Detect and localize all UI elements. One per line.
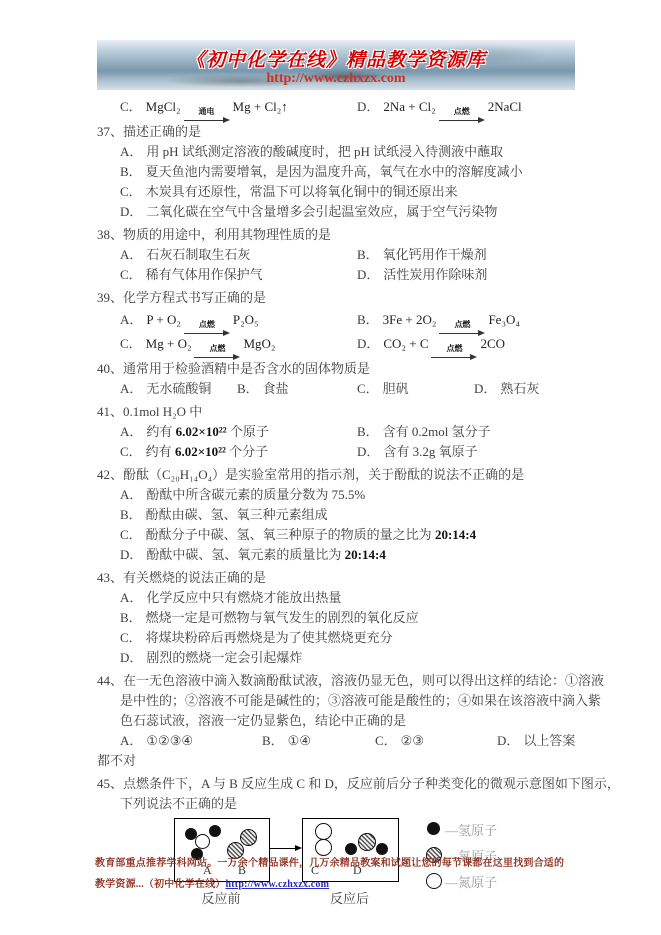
option-b: B．氧化钙用作干燥剂 [357, 245, 487, 265]
question-number: 44、 [97, 673, 123, 688]
question-stem-text: 0.1mol H₂O 中 [123, 404, 202, 419]
equation-lhs: 2Na + Cl₂ [383, 99, 435, 114]
option-c: C．胆矾 [357, 379, 409, 399]
option-label: D． [120, 547, 142, 562]
option-label: B． [357, 312, 379, 327]
banner-title: 《初中化学在线》精品教学资源库 [97, 45, 575, 72]
option-d: D．以上答案 [497, 731, 575, 751]
option-text: 活性炭用作除味剂 [383, 267, 487, 282]
option-label: A． [120, 144, 142, 159]
option-d: D．2Na + Cl₂点燃2NaCl [357, 95, 522, 124]
watermark-line2: 教学资源...（初中化学在线）http://www.czhxzx.com [95, 875, 329, 890]
reaction-arrow: 点燃 [194, 345, 240, 361]
option-label: A． [120, 733, 142, 748]
question-42: 42、酚酞（C₂₀H₁₄O₄）是实验室常用的指示剂，关于酚酞的说法不正确的是 A… [97, 465, 575, 565]
reaction-arrow: 点燃 [439, 108, 485, 124]
option-label: C． [120, 630, 142, 645]
option-label: D． [120, 204, 142, 219]
question-number: 43、 [97, 570, 123, 585]
option-label: B． [357, 424, 379, 439]
option-c: C．Mg + O₂点燃MgO₂ [120, 332, 275, 361]
option-label: C． [120, 184, 142, 199]
equation-rhs: 2CO [480, 336, 505, 351]
option-a: A．石灰石制取生石灰 [120, 245, 250, 265]
question-number: 40、 [97, 361, 123, 376]
options-row: C．Mg + O₂点燃MgO₂ D．CO₂ + C点燃2CO [97, 332, 575, 356]
option-bold-value: 6.02×10²² [175, 444, 226, 459]
equation-lhs: 3Fe + 2O₂ [383, 312, 437, 327]
option-label: C． [375, 733, 397, 748]
option-text: 木炭具有还原性，常温下可以将氧化铜中的铜还原出来 [146, 184, 458, 199]
question-stem-text: 描述正确的是 [123, 124, 201, 139]
equation-lhs: CO₂ + C [383, 336, 428, 351]
option-d: D．二氧化碳在空气中含量增多会引起温室效应，属于空气污染物 [97, 202, 575, 222]
option-b: B．夏天鱼池内需要增氧，是因为温度升高，氧气在水中的溶解度减小 [97, 162, 575, 182]
question-number: 37、 [97, 124, 123, 139]
options-row: A．石灰石制取生石灰 B．氧化钙用作干燥剂 [97, 245, 575, 265]
question-stem-text: 通常用于检验酒精中是否含水的固体物质是 [123, 361, 370, 376]
option-label: A． [120, 487, 142, 502]
equation-rhs: 2NaCl [488, 99, 522, 114]
option-label: A． [120, 312, 142, 327]
question-number: 39、 [97, 290, 123, 305]
black-circle-icon [425, 820, 445, 838]
legend-text: —氮原子 [445, 872, 497, 891]
option-bold-value: 20:14:4 [345, 547, 386, 562]
banner-url: http://www.czhxzx.com [97, 71, 575, 87]
after-reaction-label: 反应后 [302, 888, 397, 907]
question-stem-text: 在一无色溶液中滴入数滴酚酞试液，溶液仍显无色，则可以得出这样的结论：①溶液 [123, 673, 604, 688]
oxygen-atom-icon [240, 829, 257, 846]
option-b: B．①④ [262, 731, 311, 751]
watermark-line1: 教育部重点推荐学科网站。一万余个精品课件，几万余精品教案和试题让您的每节课都在这… [95, 854, 564, 869]
watermark-text: 教学资源...（初中化学在线） [95, 879, 226, 890]
reaction-arrow: 通电 [184, 108, 230, 124]
option-d: D．酚酞中碳、氢、氧元素的质量比为 20:14:4 [97, 545, 575, 565]
reaction-arrow: 点燃 [431, 345, 477, 361]
options-row: C．稀有气体用作保护气 D．活性炭用作除味剂 [97, 265, 575, 285]
question-36-options: C．MgCl₂通电Mg + Cl₂↑ D．2Na + Cl₂点燃2NaCl [97, 95, 575, 119]
legend-nitrogen: —氮原子 [425, 872, 497, 890]
question-stem-text: 有关燃烧的说法正确的是 [123, 570, 266, 585]
equation-lhs: Mg + O₂ [146, 336, 192, 351]
option-label: B． [120, 507, 142, 522]
option-label: C． [120, 99, 142, 114]
arrow-icon [431, 353, 477, 361]
option-text: ①②③④ [146, 733, 193, 748]
question-44: 44、在一无色溶液中滴入数滴酚酞试液，溶液仍显无色，则可以得出这样的结论：①溶液… [97, 671, 575, 771]
option-label: C． [120, 444, 142, 459]
option-text: 含有 3.2g 氧原子 [383, 444, 477, 459]
option-text: 酚酞分子中碳、氢、氧三种原子的物质的量之比为 [146, 527, 435, 542]
question-stem: 42、酚酞（C₂₀H₁₄O₄）是实验室常用的指示剂，关于酚酞的说法不正确的是 [97, 465, 575, 485]
option-label: D． [120, 650, 142, 665]
question-number: 38、 [97, 227, 123, 242]
option-text: 酚酞中所含碳元素的质量分数为 75.5% [146, 487, 365, 502]
option-bold-value: 20:14:4 [435, 527, 476, 542]
equation-lhs: MgCl₂ [146, 99, 181, 114]
option-text: 氧化钙用作干燥剂 [383, 247, 487, 262]
option-text: 夏天鱼池内需要增氧，是因为温度升高，氧气在水中的溶解度减小 [146, 164, 523, 179]
option-c: C．MgCl₂通电Mg + Cl₂↑ [120, 95, 288, 124]
option-label: A． [120, 247, 142, 262]
option-label: A． [120, 381, 142, 396]
question-stem-text: 点燃条件下，A 与 B 反应生成 C 和 D，反应前后分子种类变化的微观示意图如… [123, 776, 620, 791]
question-37: 37、描述正确的是 A．用 pH 试纸测定溶液的酸碱度时，把 pH 试纸浸入待测… [97, 122, 575, 222]
option-label: C． [357, 381, 379, 396]
equation-lhs: P + O₂ [146, 312, 181, 327]
option-text: 无水硫酸铜 [146, 381, 211, 396]
options-row: A．约有 6.02×10²² 个原子 B．含有 0.2mol 氢分子 [97, 422, 575, 442]
before-reaction-label: 反应前 [174, 888, 268, 907]
option-c: C．木炭具有还原性，常温下可以将氧化铜中的铜还原出来 [97, 182, 575, 202]
option-d: D．含有 3.2g 氧原子 [357, 442, 478, 462]
option-text: 二氧化碳在空气中含量增多会引起温室效应，属于空气污染物 [146, 204, 497, 219]
question-stem-line1: 45、点燃条件下，A 与 B 反应生成 C 和 D，反应前后分子种类变化的微观示… [97, 774, 575, 794]
option-label: D． [474, 381, 496, 396]
option-text: 酚酞中碳、氢、氧元素的质量比为 [146, 547, 344, 562]
hydrogen-atom-icon [209, 825, 221, 837]
option-d: D．熟石灰 [474, 379, 539, 399]
option-bold-value: 6.02×10²² [176, 424, 227, 439]
option-d-overflow: 都不对 [97, 751, 575, 771]
option-d: D．活性炭用作除味剂 [357, 265, 487, 285]
legend-text: —氢原子 [445, 820, 497, 839]
option-label: C． [120, 336, 142, 351]
question-number: 42、 [97, 467, 123, 482]
equation-rhs: Fe₃O₄ [488, 312, 519, 327]
reaction-arrow-icon [270, 844, 302, 852]
question-43: 43、有关燃烧的说法正确的是 A．化学反应中只有燃烧才能放出热量 B．燃烧一定是… [97, 568, 575, 668]
nitrogen-atom-icon [315, 823, 332, 840]
options-row: A．①②③④ B．①④ C．②③ D．以上答案 [97, 731, 575, 751]
option-a: A．①②③④ [120, 731, 193, 751]
option-text: 酚酞由碳、氢、氧三种元素组成 [146, 507, 328, 522]
watermark-link[interactable]: http://www.czhxzx.com [226, 879, 330, 890]
option-text: 稀有气体用作保护气 [146, 267, 263, 282]
option-label: D． [357, 444, 379, 459]
question-stem: 38、物质的用途中，利用其物理性质的是 [97, 225, 575, 245]
options-row: A．P + O₂点燃P₂O₅ B．3Fe + 2O₂点燃Fe₃O₄ [97, 308, 575, 332]
option-text: 剧烈的燃烧一定会引起爆炸 [146, 650, 302, 665]
reaction-condition: 通电 [199, 108, 215, 116]
option-text: ②③ [401, 733, 424, 748]
question-stem-text: 化学方程式书写正确的是 [123, 290, 266, 305]
white-circle-icon [425, 872, 445, 890]
option-text: 含有 0.2mol 氢分子 [383, 424, 491, 439]
option-label: B． [237, 381, 259, 396]
question-stem-line2: 是中性的；②溶液不可能是碱性的；③溶液可能是酸性的；④如果在该溶液中滴入紫 [97, 691, 575, 711]
question-number: 45、 [97, 776, 123, 791]
question-stem-text: 酚酞（C₂₀H₁₄O₄）是实验室常用的指示剂，关于酚酞的说法不正确的是 [123, 467, 524, 482]
arrow-icon [184, 116, 230, 124]
option-c: C．稀有气体用作保护气 [120, 265, 263, 285]
question-38: 38、物质的用途中，利用其物理性质的是 A．石灰石制取生石灰 B．氧化钙用作干燥… [97, 225, 575, 285]
option-text: 用 pH 试纸测定溶液的酸碱度时，把 pH 试纸浸入待测液中蘸取 [146, 144, 503, 159]
after-reaction-box: C D [302, 818, 399, 882]
question-40: 40、通常用于检验酒精中是否含水的固体物质是 A．无水硫酸铜 B．食盐 C．胆矾… [97, 359, 575, 399]
option-text: 化学反应中只有燃烧才能放出热量 [146, 590, 341, 605]
option-label: C． [120, 267, 142, 282]
option-b: B．食盐 [237, 379, 289, 399]
option-label: A． [120, 424, 142, 439]
option-label: D． [497, 733, 519, 748]
question-number: 41、 [97, 404, 123, 419]
question-39: 39、化学方程式书写正确的是 A．P + O₂点燃P₂O₅ B．3Fe + 2O… [97, 288, 575, 356]
question-45: 45、点燃条件下，A 与 B 反应生成 C 和 D，反应前后分子种类变化的微观示… [97, 774, 575, 814]
options-row: C．约有 6.02×10²² 个分子 D．含有 3.2g 氧原子 [97, 442, 575, 462]
option-a: A．酚酞中所含碳元素的质量分数为 75.5% [97, 485, 575, 505]
option-label: B． [120, 610, 142, 625]
question-stem: 41、0.1mol H₂O 中 [97, 402, 575, 422]
option-a: A．用 pH 试纸测定溶液的酸碱度时，把 pH 试纸浸入待测液中蘸取 [97, 142, 575, 162]
equation-rhs: P₂O₅ [233, 312, 259, 327]
option-label: D． [357, 267, 379, 282]
option-a: A．化学反应中只有燃烧才能放出热量 [97, 588, 575, 608]
reaction-condition: 点燃 [454, 108, 470, 116]
option-a: A．约有 6.02×10²² 个原子 [120, 422, 269, 442]
option-label: B． [357, 247, 379, 262]
option-label: D． [357, 99, 379, 114]
question-stem-line3: 色石蕊试液，溶液一定仍显紫色，结论中正确的是 [97, 711, 575, 731]
option-label: B． [262, 733, 284, 748]
option-d: D．剧烈的燃烧一定会引起爆炸 [97, 648, 575, 668]
nitrogen-atom-icon [195, 834, 210, 849]
option-c: C．约有 6.02×10²² 个分子 [120, 442, 268, 462]
option-c: C．②③ [375, 731, 424, 751]
option-text: 约有 [146, 424, 175, 439]
option-d: D．CO₂ + C点燃2CO [357, 332, 505, 361]
option-text: 将煤块粉碎后再燃烧是为了使其燃烧更充分 [146, 630, 393, 645]
reaction-condition: 点燃 [454, 321, 470, 329]
reaction-condition: 点燃 [446, 345, 462, 353]
options-row: A．无水硫酸铜 B．食盐 C．胆矾 D．熟石灰 [97, 379, 575, 399]
exam-page: 《初中化学在线》精品教学资源库 http://www.czhxzx.com C．… [0, 0, 661, 935]
equation-rhs: Mg + Cl₂↑ [233, 99, 288, 114]
option-label: B． [120, 164, 142, 179]
option-b: B．燃烧一定是可燃物与氧气发生的剧烈的氧化反应 [97, 608, 575, 628]
reaction-condition: 点燃 [209, 345, 225, 353]
before-reaction-box: A B [174, 818, 270, 882]
option-text: 石灰石制取生石灰 [146, 247, 250, 262]
option-text: 燃烧一定是可燃物与氧气发生的剧烈的氧化反应 [146, 610, 419, 625]
option-text: 个分子 [226, 444, 268, 459]
option-text: 食盐 [263, 381, 289, 396]
option-a: A．无水硫酸铜 [120, 379, 211, 399]
option-c: C．酚酞分子中碳、氢、氧三种原子的物质的量之比为 20:14:4 [97, 525, 575, 545]
site-banner-image: 《初中化学在线》精品教学资源库 http://www.czhxzx.com [97, 40, 575, 90]
legend-hydrogen: —氢原子 [425, 820, 497, 838]
option-text: 胆矾 [383, 381, 409, 396]
reaction-condition: 点燃 [199, 321, 215, 329]
option-text: 个原子 [227, 424, 269, 439]
option-text: 以上答案 [523, 733, 575, 748]
option-label: A． [120, 590, 142, 605]
arrow-icon [194, 353, 240, 361]
arrow-icon [439, 116, 485, 124]
option-label: D． [357, 336, 379, 351]
question-stem-line2: 下列说法不正确的是 [97, 794, 575, 814]
option-c: C．将煤块粉碎后再燃烧是为了使其燃烧更充分 [97, 628, 575, 648]
equation-rhs: MgO₂ [243, 336, 275, 351]
question-stem-text: 物质的用途中，利用其物理性质的是 [123, 227, 331, 242]
question-41: 41、0.1mol H₂O 中 A．约有 6.02×10²² 个原子 B．含有 … [97, 402, 575, 462]
option-text: ①④ [288, 733, 311, 748]
option-b: B．含有 0.2mol 氢分子 [357, 422, 491, 442]
option-b: B．酚酞由碳、氢、氧三种元素组成 [97, 505, 575, 525]
option-text: 熟石灰 [500, 381, 539, 396]
question-stem: 40、通常用于检验酒精中是否含水的固体物质是 [97, 359, 575, 379]
option-text: 约有 [146, 444, 175, 459]
option-label: C． [120, 527, 142, 542]
question-stem: 37、描述正确的是 [97, 122, 575, 142]
question-stem: 43、有关燃烧的说法正确的是 [97, 568, 575, 588]
oxygen-atom-icon [358, 833, 376, 851]
question-stem: 39、化学方程式书写正确的是 [97, 288, 575, 308]
question-stem-line1: 44、在一无色溶液中滴入数滴酚酞试液，溶液仍显无色，则可以得出这样的结论：①溶液 [97, 671, 575, 691]
